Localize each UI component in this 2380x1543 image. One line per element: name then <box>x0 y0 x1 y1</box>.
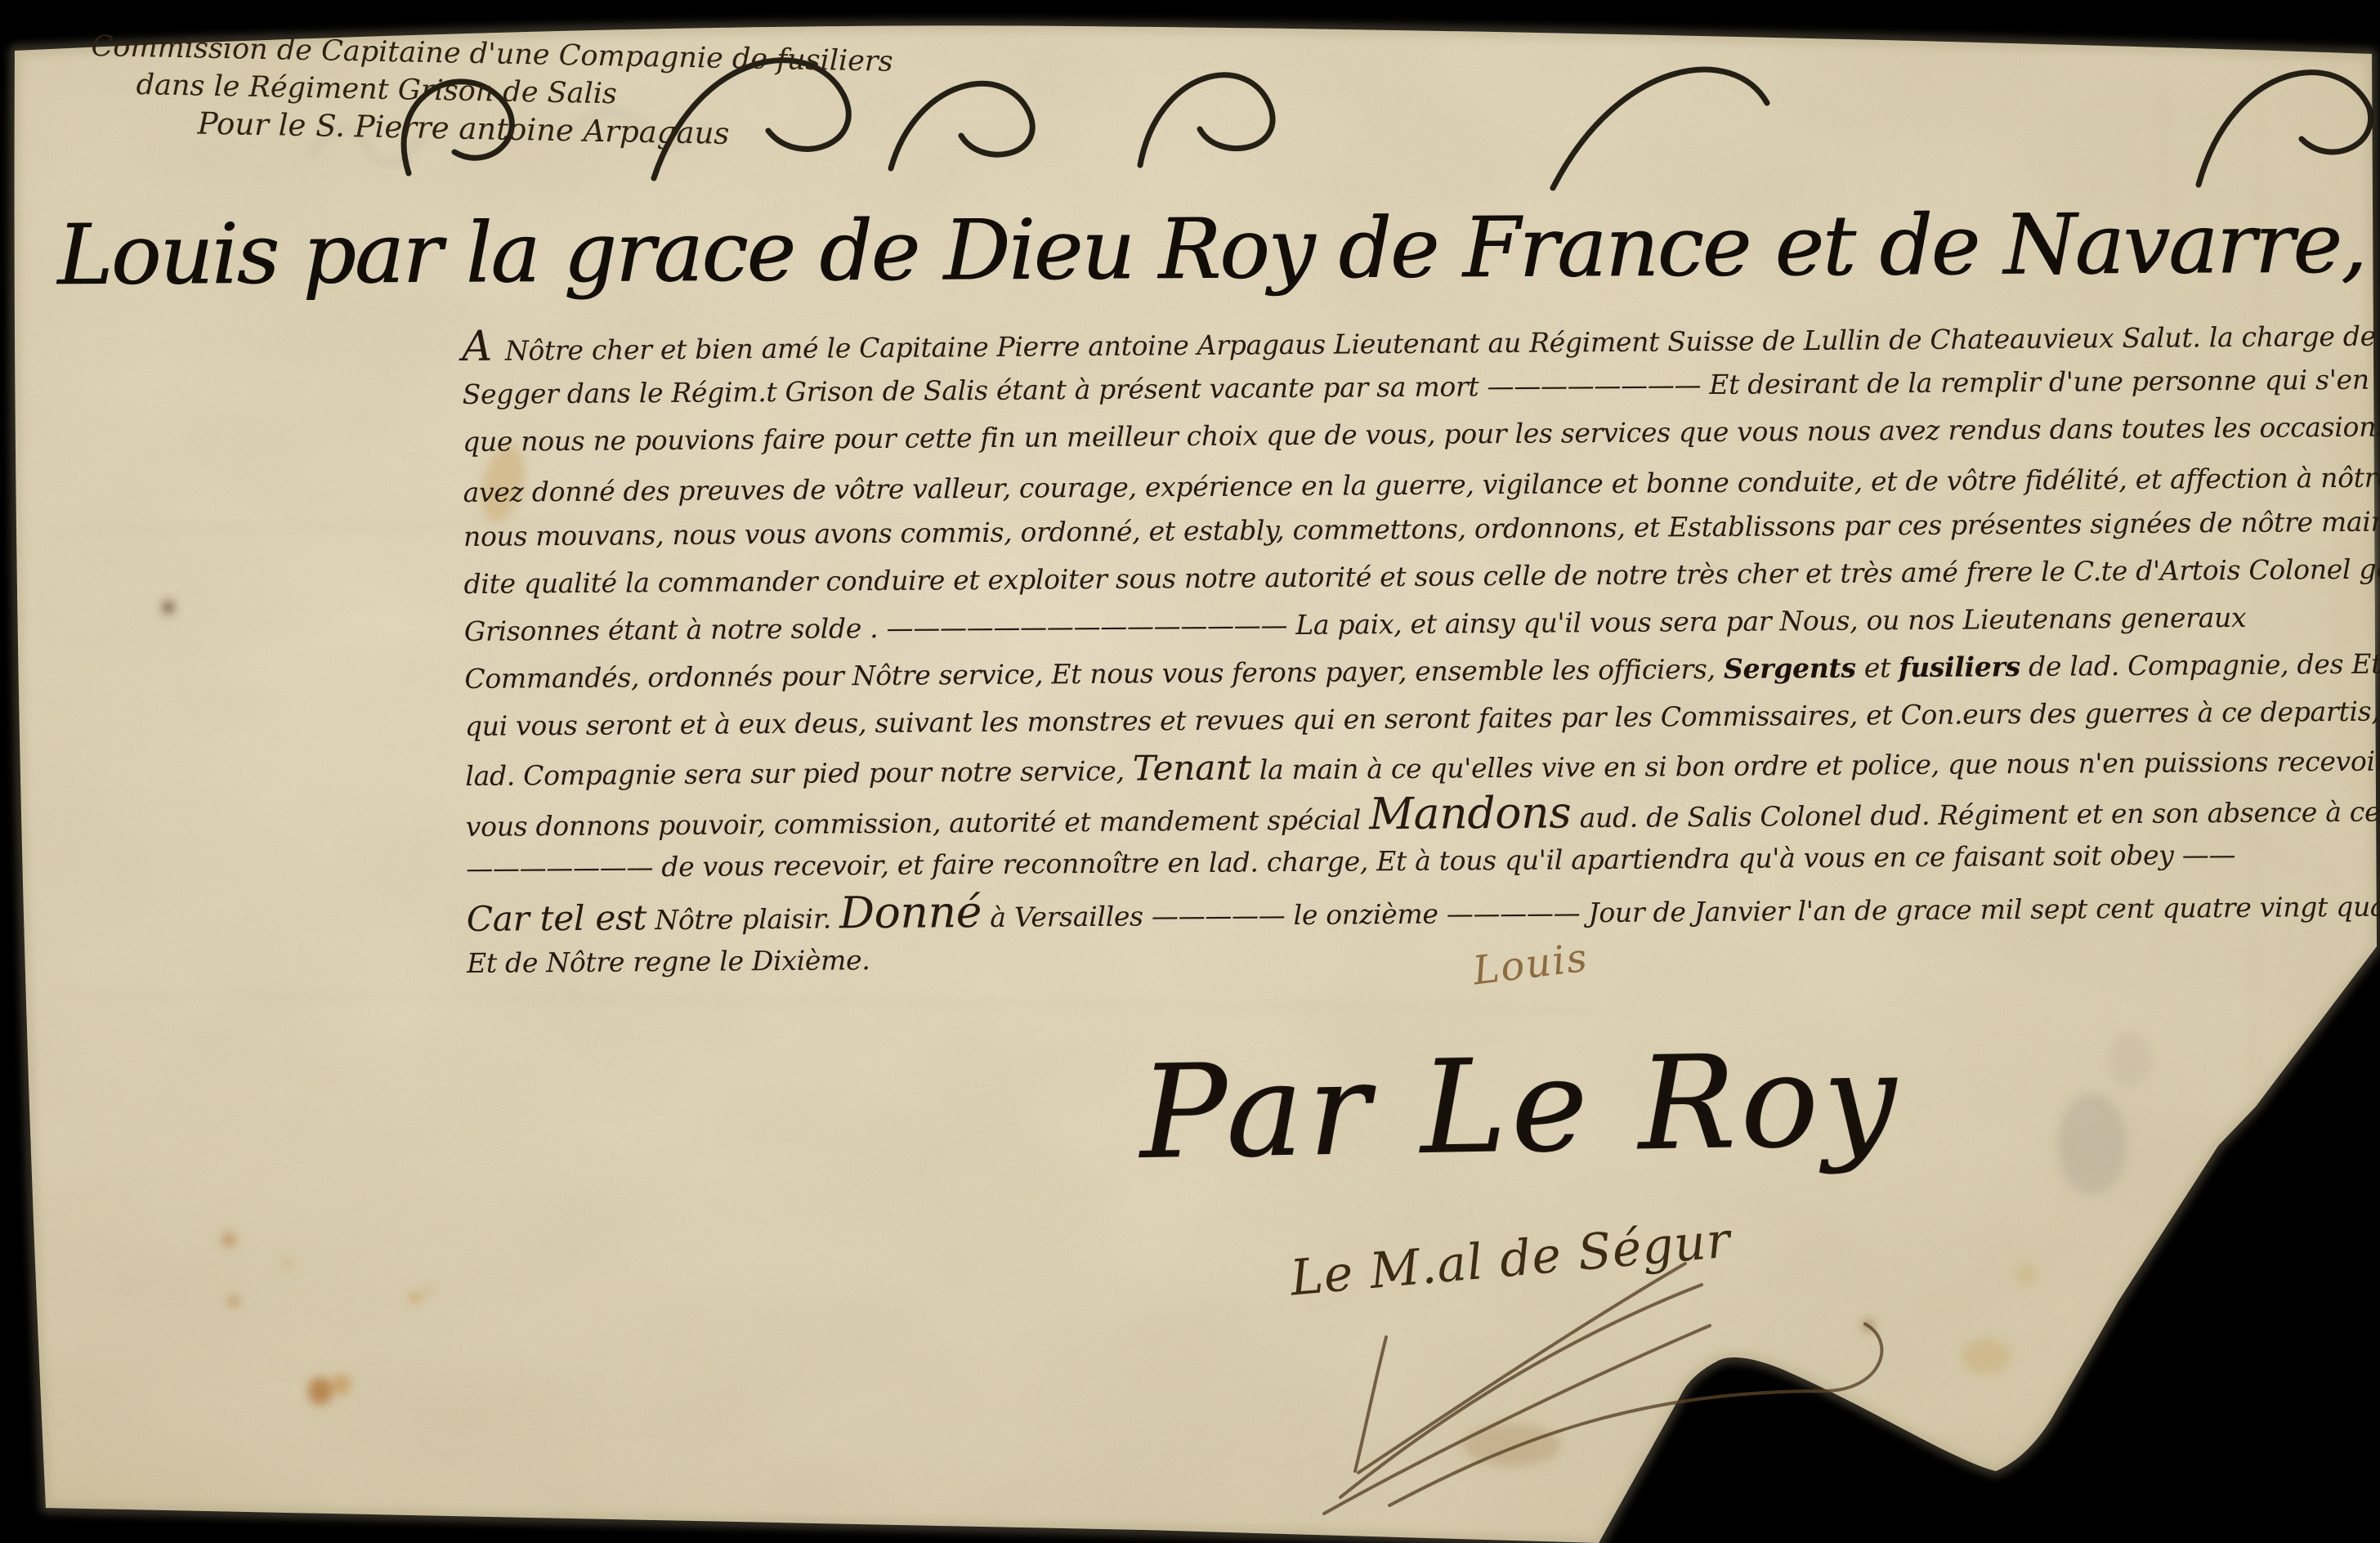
manuscript-text-segment: Tenant <box>1133 747 1251 788</box>
manuscript-text-segment: de lad. Compagnie, des Etats, apointemen… <box>2020 645 2380 682</box>
document-scan-stage: Commission de Capitaine d'une Compagnie … <box>0 0 2380 1543</box>
manuscript-text-segment: fusiliers <box>1899 651 2020 683</box>
manuscript-text-segment: qui vous seront et à eux deus, suivant l… <box>465 692 2380 742</box>
manuscript-text-segment: Sergents <box>1724 652 1856 685</box>
archival-annotation: Commission de Capitaine d'une Compagnie … <box>89 28 893 156</box>
manuscript-text-segment: Donné <box>839 886 982 938</box>
manuscript-text-segment: Nôtre plaisir. <box>646 902 839 936</box>
manuscript-text-segment: Et de Nôtre regne le Dixième. <box>467 944 870 979</box>
manuscript-text-segment: Grisonnes étant à notre solde . ————————… <box>464 602 2247 647</box>
countersign-par-le-roy: Par Le Roy <box>1085 1024 1954 1189</box>
manuscript-text-segment: Car tel est <box>467 897 647 939</box>
manuscript-body: A Nôtre cher et bien amé le Capitaine Pi… <box>462 309 2380 987</box>
manuscript-text-segment: Mandons <box>1369 786 1572 839</box>
manuscript-text-segment: vous donnons pouvoir, commission, autori… <box>466 803 1370 843</box>
manuscript-text-segment: lad. Compagnie sera sur pied pour notre … <box>465 755 1133 792</box>
manuscript-text-segment: la main à ce qu'elles vive en si bon ord… <box>1250 744 2380 786</box>
royal-protocol-title: Louis par la grace de Dieu Roy de France… <box>57 195 2330 305</box>
manuscript-text-segment: ——————— de vous recevoir, et faire recon… <box>466 839 2235 884</box>
manuscript-text-segment: aud. de Salis Colonel dud. Régiment et e… <box>1571 794 2380 834</box>
manuscript-text-segment: A <box>462 323 505 371</box>
manuscript-text-segment: Commandés, ordonnés pour Nôtre service, … <box>464 653 1724 695</box>
manuscript-text-segment: et <box>1855 651 1899 683</box>
